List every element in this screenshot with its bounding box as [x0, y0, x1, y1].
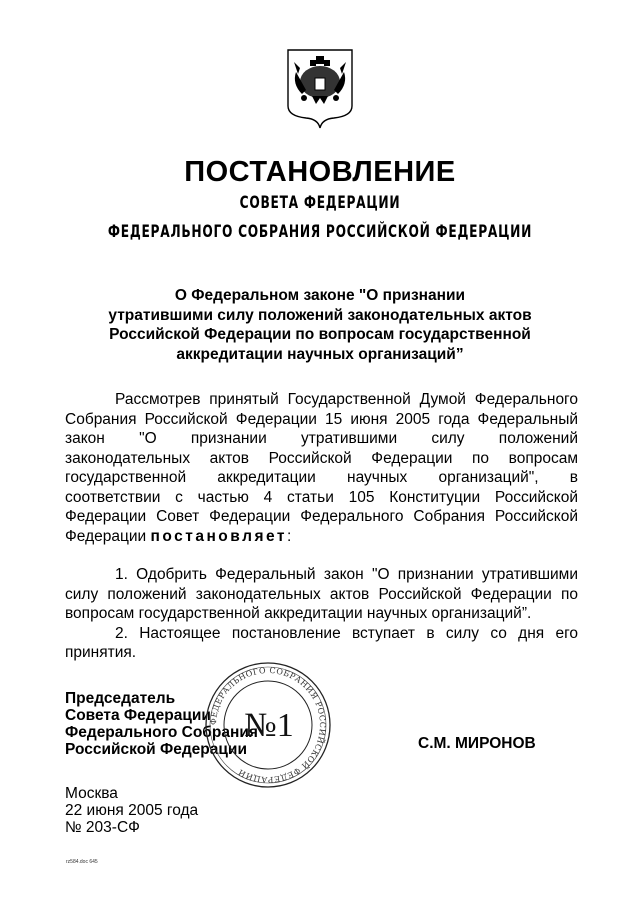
item-1-line: 1. Одобрить Федеральный закон "О признан… — [65, 565, 578, 585]
subject-line: О Федеральном законе "О признании — [0, 286, 640, 306]
preamble-line: Рассмотрев принятый Государственной Думо… — [65, 390, 578, 410]
subject-line: аккредитации научных организаций” — [0, 345, 640, 365]
document-subject: О Федеральном законе "О признании утрати… — [0, 286, 640, 364]
seal-number: №1 — [244, 707, 293, 744]
document-number: № 203-СФ — [65, 819, 198, 836]
document-reference: rz584.doc 645 — [66, 859, 98, 865]
russian-coat-of-arms-icon — [282, 44, 358, 130]
preamble-last-line: Федерации постановляет: — [65, 527, 578, 547]
resolves-colon: : — [287, 528, 291, 545]
item-2-line: 2. Настоящее постановление вступает в си… — [65, 624, 578, 644]
item-1-line: вопросам государственной аккредитации на… — [65, 604, 578, 624]
preamble-line: закон "О признании утратившими силу поло… — [65, 429, 578, 449]
signatory-name: С.М. МИРОНОВ — [418, 735, 536, 753]
document-title: ПОСТАНОВЛЕНИЕ — [0, 156, 640, 189]
preamble-line: законодательных актов Российской Федерац… — [65, 449, 578, 469]
document-issuer-line2: ФЕДЕРАЛЬНОГО СОБРАНИЯ РОССИЙСКОЙ ФЕДЕРАЦ… — [90, 222, 551, 242]
date: 22 июня 2005 года — [65, 802, 198, 819]
official-seal-icon: ФЕДЕРАЛЬНОГО СОБРАНИЯ РОССИЙСКОЙ ФЕДЕРАЦ… — [203, 660, 333, 790]
preamble-line: Федерации Совет Федерации Федерального С… — [65, 507, 578, 527]
subject-line: Российской Федерации по вопросам государ… — [0, 325, 640, 345]
place-date-number: Москва 22 июня 2005 года № 203-СФ — [65, 785, 198, 836]
preamble-line: соответствии с частью 4 статьи 105 Конст… — [65, 488, 578, 508]
item-1-line: силу положений законодательных актов Рос… — [65, 585, 578, 605]
preamble-line-prefix: Федерации — [65, 528, 146, 545]
city: Москва — [65, 785, 198, 802]
preamble-line: государственной аккредитации научных орг… — [65, 468, 578, 488]
preamble-line: Собрания Российской Федерации 15 июня 20… — [65, 410, 578, 430]
document-issuer-line1: СОВЕТА ФЕДЕРАЦИИ — [90, 193, 551, 213]
subject-line: утратившими силу положений законодательн… — [0, 306, 640, 326]
resolves-word: постановляет — [150, 528, 287, 545]
